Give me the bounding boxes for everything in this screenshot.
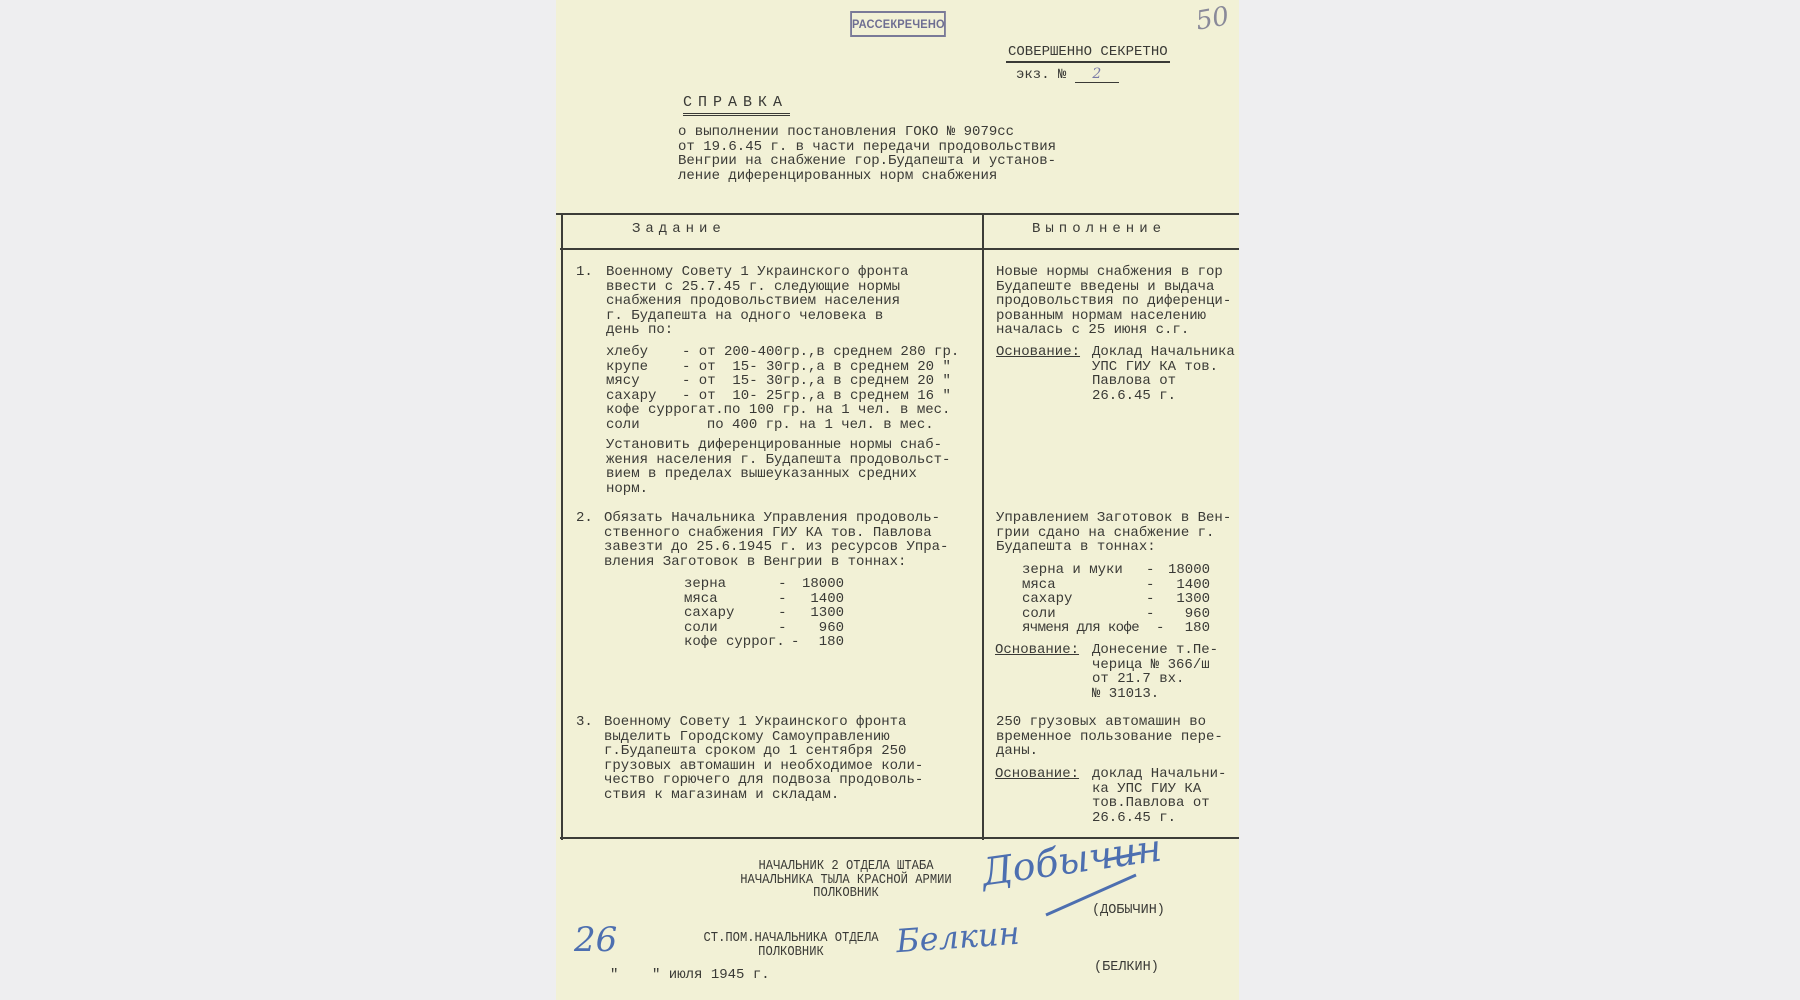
- row-3-basis-label: Основание:: [995, 767, 1079, 782]
- task-item: соли-960: [684, 621, 844, 636]
- execution-item: зерна и муки-18000: [1022, 563, 1212, 578]
- table-left-border: [561, 213, 563, 840]
- document-title: СПРАВКА: [683, 94, 790, 116]
- row-3-task-intro: Военному Совету 1 Украинского фронта выд…: [604, 715, 923, 803]
- row-1-norms-list: хлебу- от 200-400гр.,в среднем 280 гр. к…: [606, 345, 959, 433]
- row-2-basis-label: Основание:: [995, 643, 1079, 658]
- classification-label: СОВЕРШЕННО СЕКРЕТНО: [1006, 44, 1170, 63]
- document-date: " " июля 1945 г.: [610, 968, 770, 983]
- row-1-basis-text: Доклад Начальника УПС ГИУ КА тов. Павлов…: [1092, 345, 1235, 403]
- signatory-1-position: НАЧАЛЬНИК 2 ОТДЕЛА ШТАБА НАЧАЛЬНИКА ТЫЛА…: [729, 860, 963, 901]
- table-header-border: [560, 248, 1239, 250]
- norm-row: кофе суррогат.по 100 гр. на 1 чел. в мес…: [606, 403, 959, 418]
- task-item: мяса-1400: [684, 592, 844, 607]
- task-item: кофе суррог.-180: [684, 635, 844, 650]
- row-2-execution-items: зерна и муки-18000 мяса-1400 сахару-1300…: [1022, 563, 1212, 636]
- row-3-execution: 250 грузовых автомашин во временное поль…: [996, 715, 1223, 759]
- subtitle-line: ление диференцированных норм снабжения: [678, 168, 997, 184]
- task-item: зерна-18000: [684, 577, 844, 592]
- table-column-divider: [982, 213, 984, 840]
- execution-item: сахару-1300: [1022, 592, 1212, 607]
- row-2-basis-text: Донесение т.Пе- черица № 366/ш от 21.7 в…: [1092, 643, 1218, 701]
- row-1-execution: Новые нормы снабжения в гор Будапеште вв…: [996, 265, 1231, 338]
- row-1-task-outro: Установить диференцированные нормы снаб-…: [606, 438, 950, 496]
- task-item: сахару-1300: [684, 606, 844, 621]
- signatory-1-name: (ДОБЫЧИН): [1092, 904, 1165, 919]
- row-2-execution: Управлением Заготовок в Вен- грии сдано …: [996, 511, 1231, 555]
- execution-item: мяса-1400: [1022, 578, 1212, 593]
- date-day-handwritten: 26: [574, 920, 617, 960]
- row-1-number: 1.: [576, 265, 593, 280]
- norm-row: соли по 400 гр. на 1 чел. в мес.: [606, 418, 959, 433]
- execution-item: соли-960: [1022, 607, 1212, 622]
- signatory-2-position: СТ.ПОМ.НАЧАЛЬНИКА ОТДЕЛА ПОЛКОВНИК: [679, 932, 904, 959]
- row-2-number: 2.: [576, 511, 593, 526]
- row-1-task-intro: Военному Совету 1 Украинского фронта вве…: [606, 265, 908, 338]
- document-subtitle: о выполнении постановления ГОКО № 9079сс…: [678, 125, 1056, 183]
- signatory-2-name: (БЕЛКИН): [1094, 961, 1159, 976]
- table-top-border: [556, 213, 1239, 215]
- document-page: РАССЕКРЕЧЕНО 50 СОВЕРШЕННО СЕКРЕТНО экз.…: [556, 0, 1239, 1000]
- folio-number: 50: [1194, 1, 1232, 36]
- row-3-basis-text: доклад Начальни- ка УПС ГИУ КА тов.Павло…: [1092, 767, 1226, 825]
- copy-label: экз. №: [1016, 67, 1066, 83]
- signature-2-handwritten: Белкин: [895, 914, 1021, 961]
- declassified-stamp: РАССЕКРЕЧЕНО: [850, 11, 946, 37]
- column-header-execution: Выполнение: [1032, 221, 1166, 237]
- row-2-task-items: зерна-18000 мяса-1400 сахару-1300 соли-9…: [684, 577, 844, 650]
- row-3-number: 3.: [576, 715, 593, 730]
- norm-row: мясу- от 15- 30гр.,а в среднем 20 ": [606, 374, 959, 389]
- norm-row: сахару- от 10- 25гр.,а в среднем 16 ": [606, 389, 959, 404]
- norm-row: крупе- от 15- 30гр.,а в среднем 20 ": [606, 360, 959, 375]
- norm-row: хлебу- от 200-400гр.,в среднем 280 гр.: [606, 345, 959, 360]
- row-2-task-intro: Обязать Начальника Управления продоволь-…: [604, 511, 948, 569]
- copy-number: 2: [1075, 66, 1119, 83]
- copy-number-line: экз. № 2: [1016, 66, 1119, 83]
- column-header-task: Задание: [632, 221, 726, 237]
- execution-item: ячменя для кофе-180: [1022, 621, 1212, 636]
- row-1-basis-label: Основание:: [996, 345, 1080, 360]
